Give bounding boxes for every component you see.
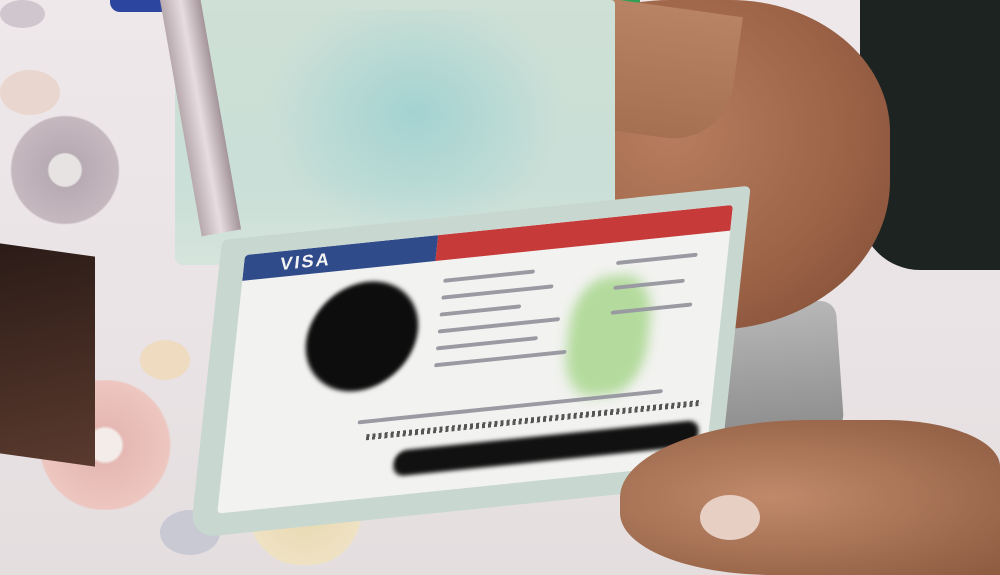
visa-text-line	[441, 284, 553, 299]
passport-page-pattern	[265, 10, 565, 240]
flower-pattern	[0, 70, 60, 115]
flower-pattern	[140, 340, 190, 380]
fingernail	[700, 495, 760, 540]
hand-bottom	[620, 420, 1000, 575]
visa-text-line	[439, 304, 521, 316]
visa-text-line	[616, 253, 698, 265]
redacted-photo	[300, 276, 424, 397]
photograph-left	[0, 243, 95, 466]
visa-text-line	[438, 317, 560, 334]
visa-seal	[561, 272, 655, 400]
flower-pattern	[0, 110, 130, 230]
visa-text-line	[436, 336, 538, 350]
visa-text-line	[434, 350, 567, 368]
visa-text-line	[443, 269, 535, 282]
flower-pattern	[0, 0, 45, 28]
